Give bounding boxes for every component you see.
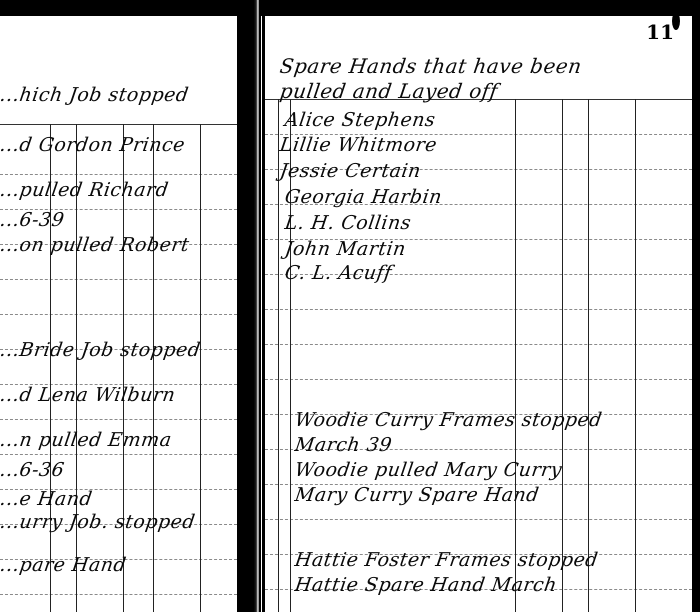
left-line-12: ...pare Hand — [0, 554, 128, 576]
left-line-3: ...pulled Richard — [0, 179, 170, 201]
ruled-line — [0, 314, 237, 315]
left-line-10: ...e Hand — [0, 488, 94, 510]
ruled-line — [0, 174, 237, 175]
column-rule — [635, 99, 636, 612]
heading-line-1: Spare Hands that have been — [278, 54, 583, 78]
ruled-line — [265, 379, 692, 380]
ruled-line — [0, 594, 237, 595]
entry-line: March 39 — [293, 434, 393, 456]
column-rule — [200, 124, 201, 612]
page-number: 11 — [646, 20, 674, 44]
left-line-8: ...n pulled Emma — [0, 429, 173, 451]
left-line-9: ...6-36 — [0, 459, 66, 481]
ruled-line — [265, 309, 692, 310]
name-entry: L. H. Collins — [283, 212, 412, 234]
entry-line: Woodie Curry Frames stopped — [293, 409, 603, 431]
ruled-line — [0, 419, 237, 420]
left-line-11: ...urry Job. stopped — [0, 511, 197, 533]
book-spine — [237, 0, 261, 612]
ruled-line — [265, 344, 692, 345]
entry-line: Hattie Foster Frames stopped — [293, 549, 599, 571]
heading-line-2: pulled and Layed off — [278, 79, 499, 103]
name-entry: Georgia Harbin — [283, 186, 443, 208]
left-line-7: ...d Lena Wilburn — [0, 384, 177, 406]
entry-line: Hattie Spare Hand March — [293, 574, 558, 596]
entry-line: Woodie pulled Mary Curry — [293, 459, 563, 481]
column-rule — [515, 99, 516, 612]
name-entry: Lillie Whitmore — [278, 134, 438, 156]
left-line-2: ...d Gordon Prince — [0, 134, 187, 156]
name-entry: John Martin — [283, 238, 407, 260]
scan-right-border — [692, 0, 700, 612]
left-line-5: ...on pulled Robert — [0, 234, 191, 256]
left-page: ...hich Job stopped ...d Gordon Prince .… — [0, 14, 237, 612]
left-line-6: ...Bride Job stopped — [0, 339, 202, 361]
right-page: 11 Spare Hands that have been pulled and… — [265, 14, 692, 612]
left-line-4: ...6-39 — [0, 209, 66, 231]
name-entry: C. L. Acuff — [283, 262, 393, 284]
ruled-line — [0, 279, 237, 280]
name-entry: Jessie Certain — [278, 160, 422, 182]
name-entry: Alice Stephens — [283, 109, 436, 131]
column-rule — [588, 99, 589, 612]
entry-line: Mary Curry Spare Hand — [293, 484, 540, 506]
ruled-line — [0, 124, 237, 125]
ruled-line — [265, 519, 692, 520]
left-line-1: ...hich Job stopped — [0, 84, 190, 106]
column-rule — [562, 99, 563, 612]
ruled-line — [0, 454, 237, 455]
